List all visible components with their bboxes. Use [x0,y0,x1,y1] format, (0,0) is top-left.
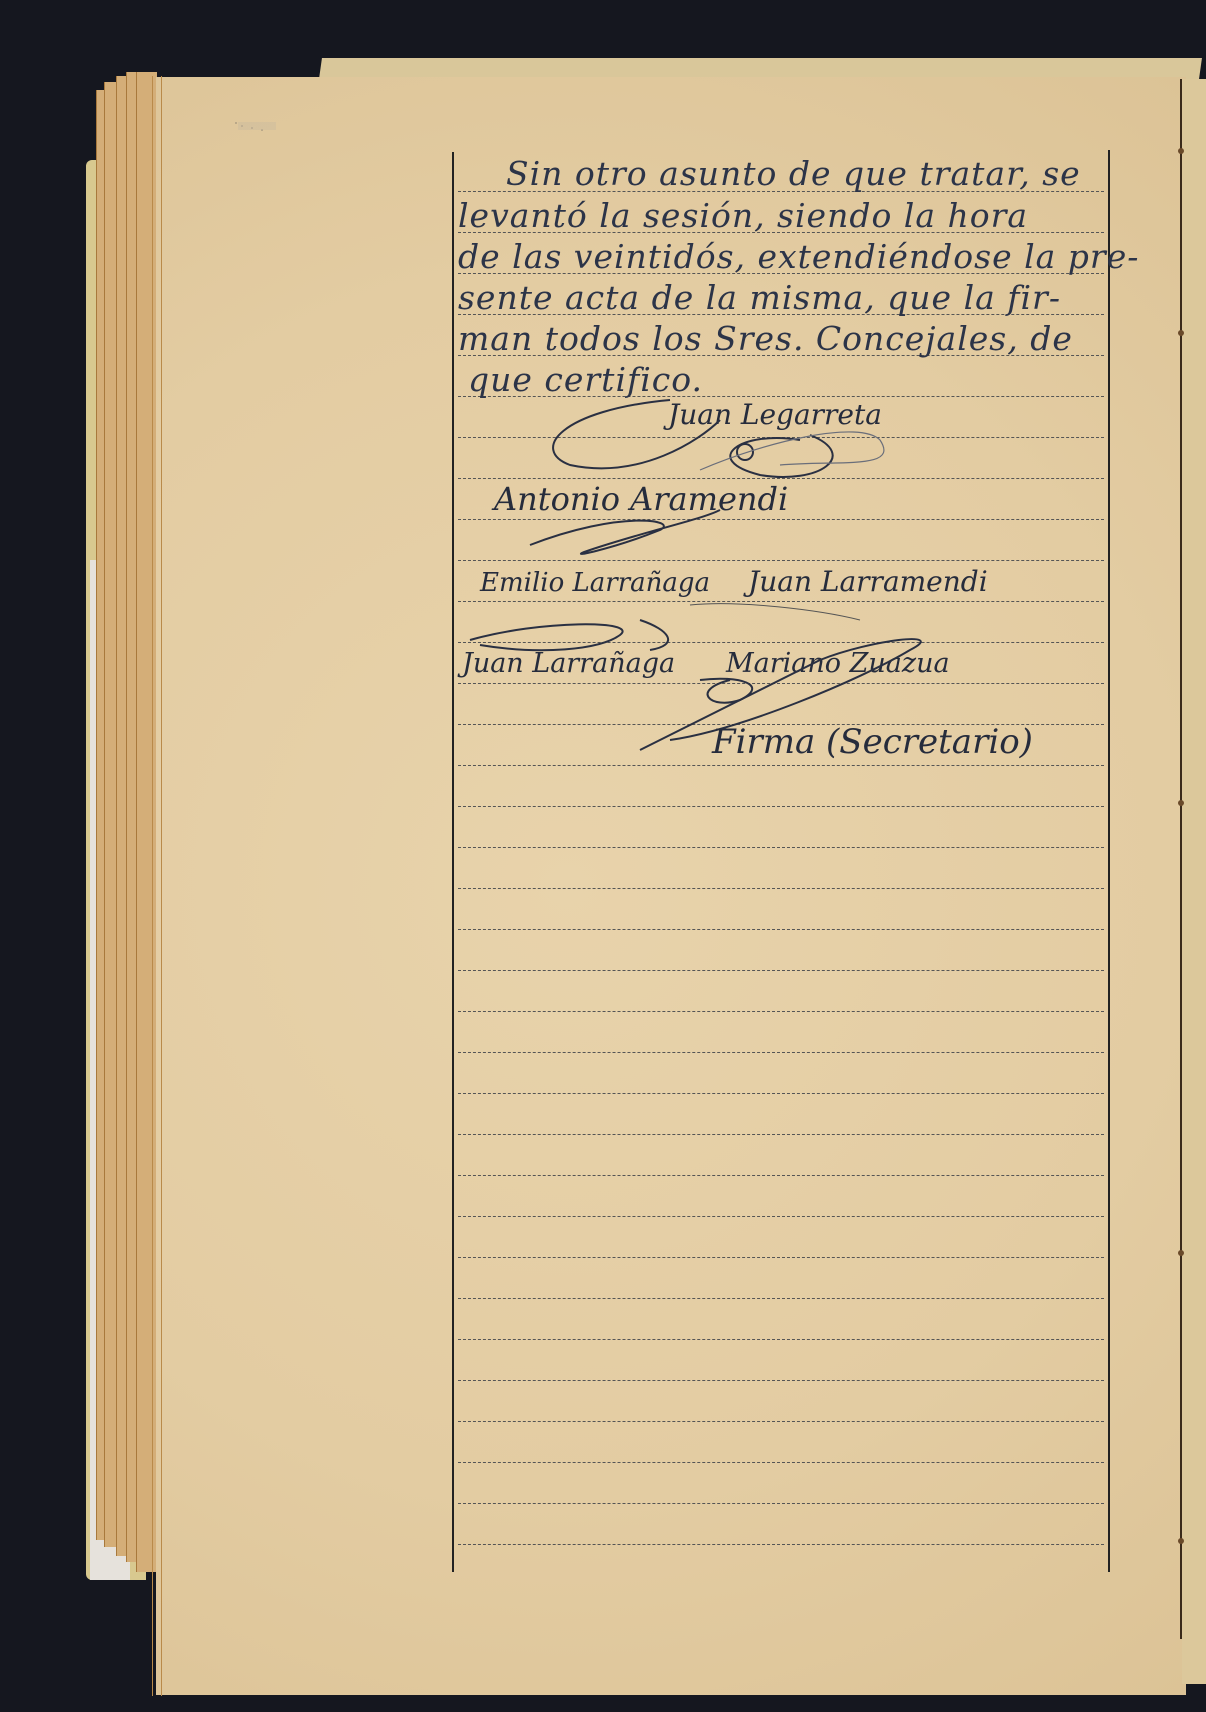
ruled-line [458,929,1104,930]
ruled-line [458,1257,1104,1258]
facing-page [1182,79,1206,1684]
signature: Firma (Secretario) [712,722,1033,762]
text-line: levantó la sesión, siendo la hora [458,196,1028,235]
ruled-line [458,1298,1104,1299]
faded-stamp [232,118,282,134]
ruled-line [458,888,1104,889]
ruled-line [458,1380,1104,1381]
ruled-line [458,847,1104,848]
binding-stitch [1178,148,1184,154]
text-line: Sin otro asunto de que tratar, se [506,154,1081,193]
ruled-line [458,1011,1104,1012]
ruled-line [458,970,1104,971]
binding-stitch [1178,1250,1184,1256]
ruled-line [458,1175,1104,1176]
left-margin-rule [452,152,454,1572]
binding-gutter [1180,79,1182,1639]
ruled-line [458,1216,1104,1217]
binding-stitch [1178,1538,1184,1544]
text-line: sente acta de la misma, que la fir- [458,278,1061,317]
ruled-line [458,1544,1104,1545]
ruled-line [458,1134,1104,1135]
ruled-line [458,1503,1104,1504]
ruled-line [458,1052,1104,1053]
right-margin-rule [1108,150,1110,1572]
text-line: de las veintidós, extendiéndose la pre- [458,237,1139,276]
ruled-line [458,1093,1104,1094]
binding-stitch [1178,330,1184,336]
ruled-line [458,1462,1104,1463]
page-edges [152,76,162,1696]
text-line: man todos los Sres. Concejales, de [458,319,1073,358]
ruled-line [458,1339,1104,1340]
ruled-line [458,1421,1104,1422]
binding-stitch [1178,800,1184,806]
